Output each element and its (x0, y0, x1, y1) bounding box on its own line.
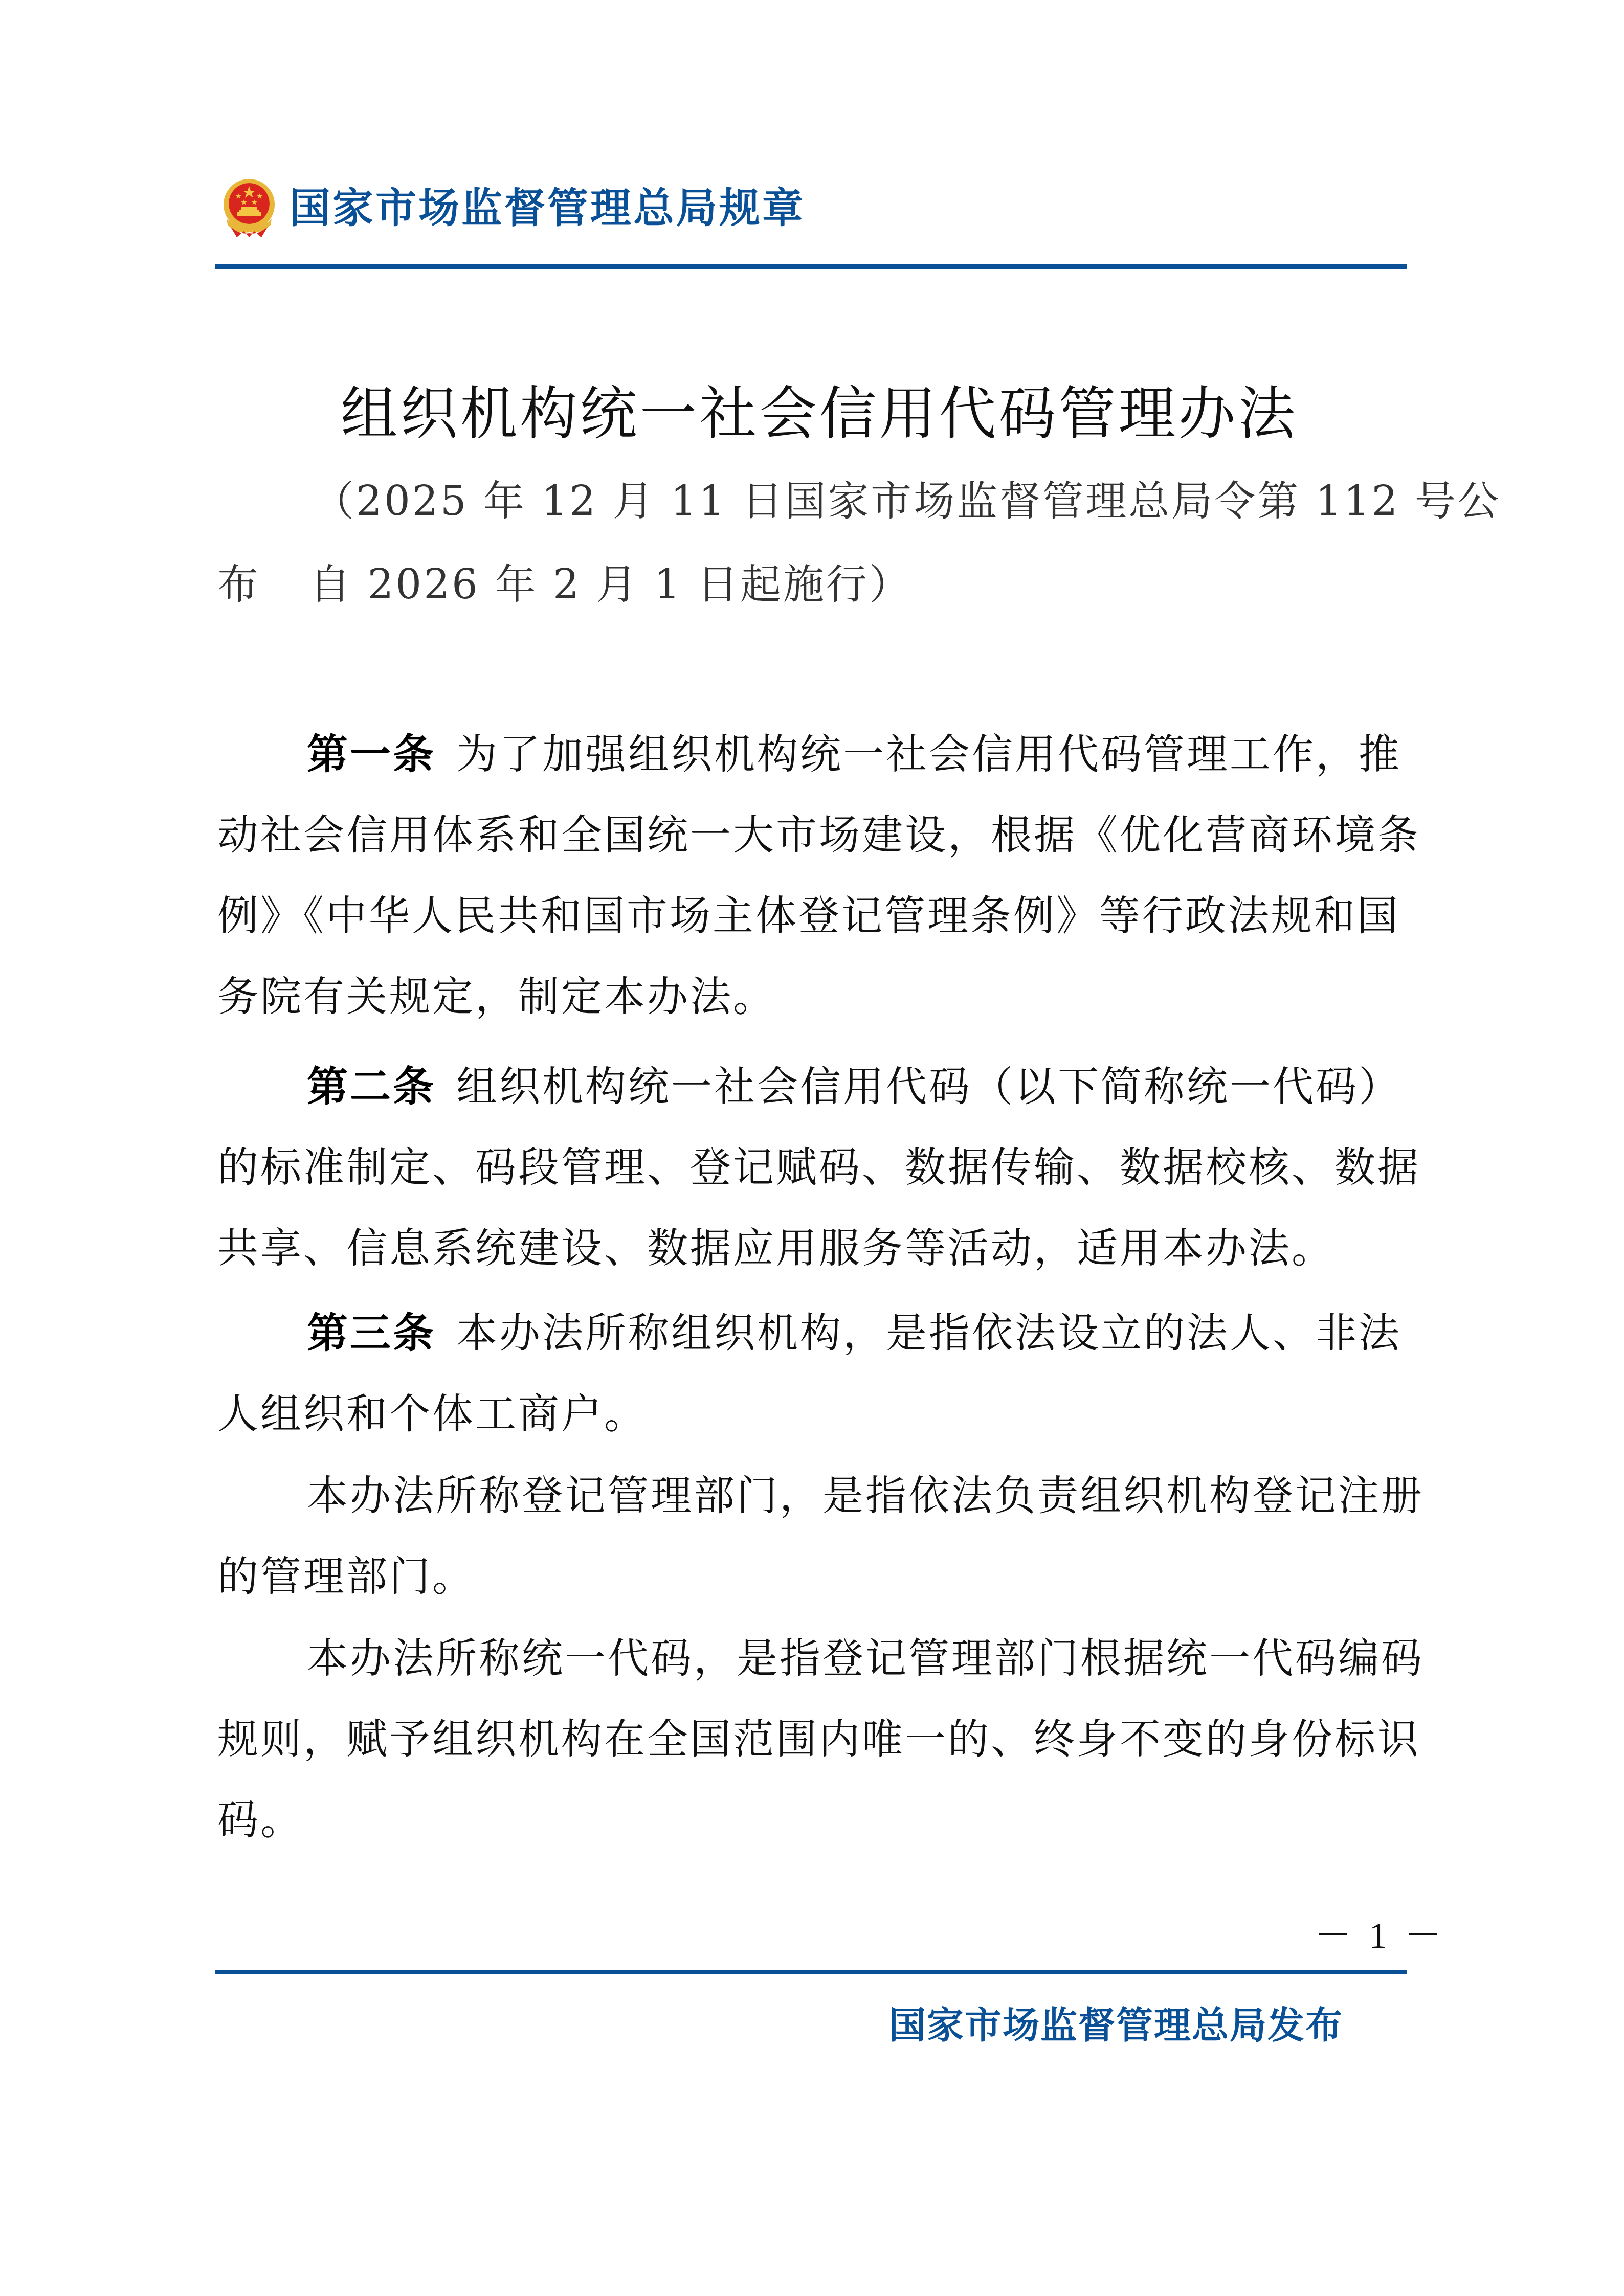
footer-divider (215, 1970, 1407, 1974)
article-3-line-2: 人组织和个体工商户。 (217, 1386, 647, 1442)
header-title: 国家市场监督管理总局规章 (290, 180, 805, 236)
national-emblem-icon (221, 178, 277, 238)
subtitle-line-1: （2025 年 12 月 11 日国家市场监督管理总局令第 112 号公 (313, 473, 1501, 529)
article-1-line-1: 第一条为了加强组织机构统一社会信用代码管理工作，推 (307, 726, 1401, 782)
article-3-text: 本办法所称组织机构，是指依法设立的法人、非法 (456, 1309, 1401, 1357)
paragraph-2-line-2: 规则，赋予组织机构在全国范围内唯一的、终身不变的身份标识 (217, 1711, 1420, 1767)
article-3-line-1: 第三条本办法所称组织机构，是指依法设立的法人、非法 (307, 1305, 1401, 1361)
article-3-label: 第三条 (307, 1309, 436, 1357)
article-1-label: 第一条 (307, 730, 436, 778)
document-title: 组织机构统一社会信用代码管理办法 (0, 376, 1624, 453)
paragraph-2-line-1: 本办法所称统一代码，是指登记管理部门根据统一代码编码 (307, 1630, 1424, 1686)
paragraph-1-line-1: 本办法所称登记管理部门，是指依法负责组织机构登记注册 (307, 1468, 1424, 1524)
subtitle-line-2-start: 布 (217, 560, 260, 608)
footer-publisher: 国家市场监督管理总局发布 (889, 1997, 1343, 2053)
paragraph-2-line-3: 码。 (217, 1792, 303, 1848)
article-2-line-2: 的标准制定、码段管理、登记赋码、数据传输、数据校核、数据 (217, 1139, 1420, 1196)
subtitle-line-2: 布自 2026 年 2 月 1 日起施行） (217, 556, 912, 613)
article-2-line-3: 共享、信息系统建设、数据应用服务等活动，适用本办法。 (217, 1220, 1334, 1276)
page-number: － 1 － (1315, 1910, 1445, 1961)
article-2-line-1: 第二条组织机构统一社会信用代码（以下简称统一代码） (307, 1059, 1401, 1115)
article-2-text: 组织机构统一社会信用代码（以下简称统一代码） (456, 1063, 1401, 1110)
article-1-line-2: 动社会信用体系和全国统一大市场建设，根据《优化营商环境条 (217, 807, 1420, 863)
article-1-text: 为了加强组织机构统一社会信用代码管理工作，推 (456, 730, 1401, 778)
article-1-line-4: 务院有关规定，制定本办法。 (217, 969, 776, 1025)
header-divider (215, 264, 1407, 269)
article-2-label: 第二条 (307, 1063, 436, 1110)
subtitle-line-2-end: 自 2026 年 2 月 1 日起施行） (309, 560, 912, 608)
paragraph-1-line-2: 的管理部门。 (217, 1548, 475, 1605)
article-1-line-3: 例》《中华人民共和国市场主体登记管理条例》等行政法规和国 (217, 888, 1400, 944)
